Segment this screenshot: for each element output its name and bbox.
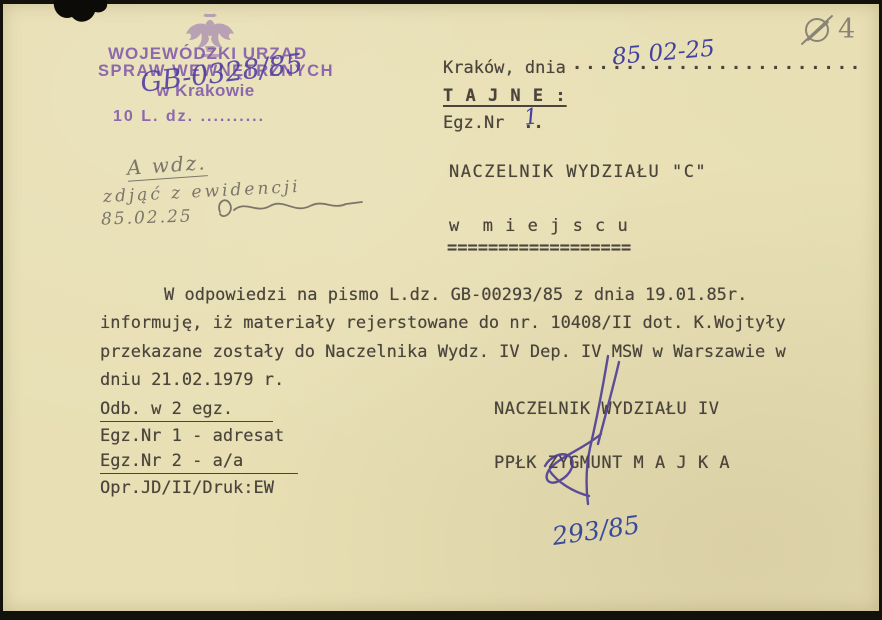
addressee-title: NACZELNIK WYDZIAŁU "C"	[449, 162, 707, 182]
pencil-signature-squiggle	[212, 188, 372, 230]
addressee-underline: ==================	[447, 238, 631, 258]
body-line: dniu 21.02.1979 r.	[100, 370, 284, 390]
body-line: informuję, iż materiały rejerstowane do …	[100, 313, 786, 333]
scanned-document: WOJEWÓDZKI URZĄD SPRAW WEWNĘTRZNYCH w Kr…	[0, 0, 882, 620]
pencil-note-line1: A wdz.	[126, 150, 207, 181]
scan-artifact-blob	[40, 0, 120, 34]
copy-number-label: Egz.Nr	[443, 113, 504, 133]
addressee-location: w m i e j s c u	[449, 216, 629, 236]
pencil-page-number: 4	[838, 14, 855, 45]
classification-label: T A J N E :	[443, 86, 567, 106]
pen-signature	[505, 352, 655, 512]
distribution-line3: Egz.Nr 2 - a/a	[100, 451, 298, 474]
distribution-line1: Odb. w 2 egz.	[100, 399, 273, 422]
handwritten-copy-number: 1	[523, 104, 540, 130]
pencil-note-date: 85.02.25	[101, 206, 193, 229]
body-line: przekazane zostały do Naczelnika Wydz. I…	[100, 342, 786, 362]
distribution-line2: Egz.Nr 1 - adresat	[100, 426, 284, 446]
crossed-circle-icon	[798, 12, 836, 48]
stamp-ldz-line: 10 L. dz. ..........	[113, 108, 333, 126]
place-date-label: Kraków, dnia	[443, 58, 566, 78]
body-line: W odpowiedzi na pismo L.dz. GB-00293/85 …	[100, 285, 747, 305]
distribution-line4: Opr.JD/II/Druk:EW	[100, 478, 274, 498]
